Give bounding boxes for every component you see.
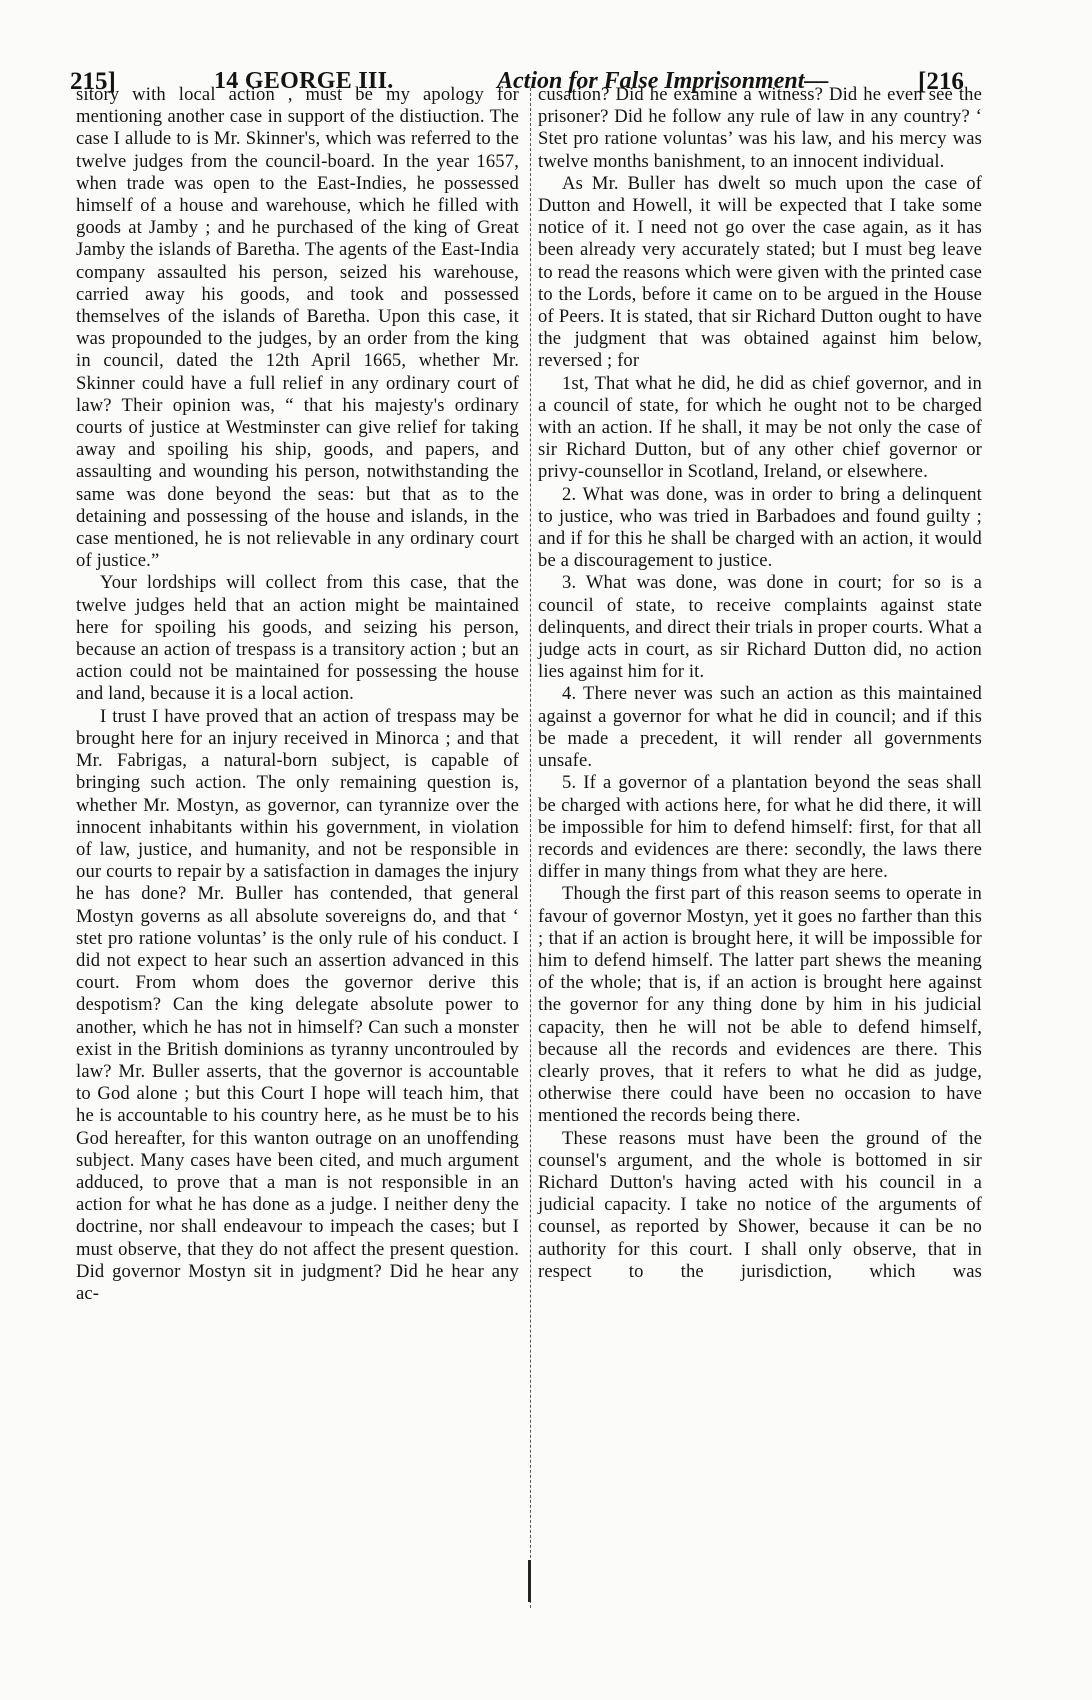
paragraph: sitory with local action , must be my ap… [76,84,519,572]
paragraph: These reasons must have been the ground … [538,1128,982,1283]
right-column: cusation? Did he examine a witness? Did … [538,84,982,1283]
column-divider [530,88,531,1608]
paragraph: As Mr. Buller has dwelt so much upon the… [538,173,982,373]
left-column: sitory with local action , must be my ap… [76,84,519,1305]
paragraph: Your lordships will collect from this ca… [76,572,519,705]
column-divider-end [528,1560,531,1602]
paragraph: cusation? Did he examine a witness? Did … [538,84,982,173]
numbered-reason: 3. What was done, was done in court; for… [538,572,982,683]
paragraph: I trust I have proved that an action of … [76,706,519,1305]
numbered-reason: 5. If a governor of a plantation beyond … [538,772,982,883]
numbered-reason: 4. There never was such an action as thi… [538,683,982,772]
numbered-reason: 2. What was done, was in order to bring … [538,484,982,573]
numbered-reason: 1st, That what he did, he did as chief g… [538,373,982,484]
paragraph: Though the first part of this reason see… [538,883,982,1127]
